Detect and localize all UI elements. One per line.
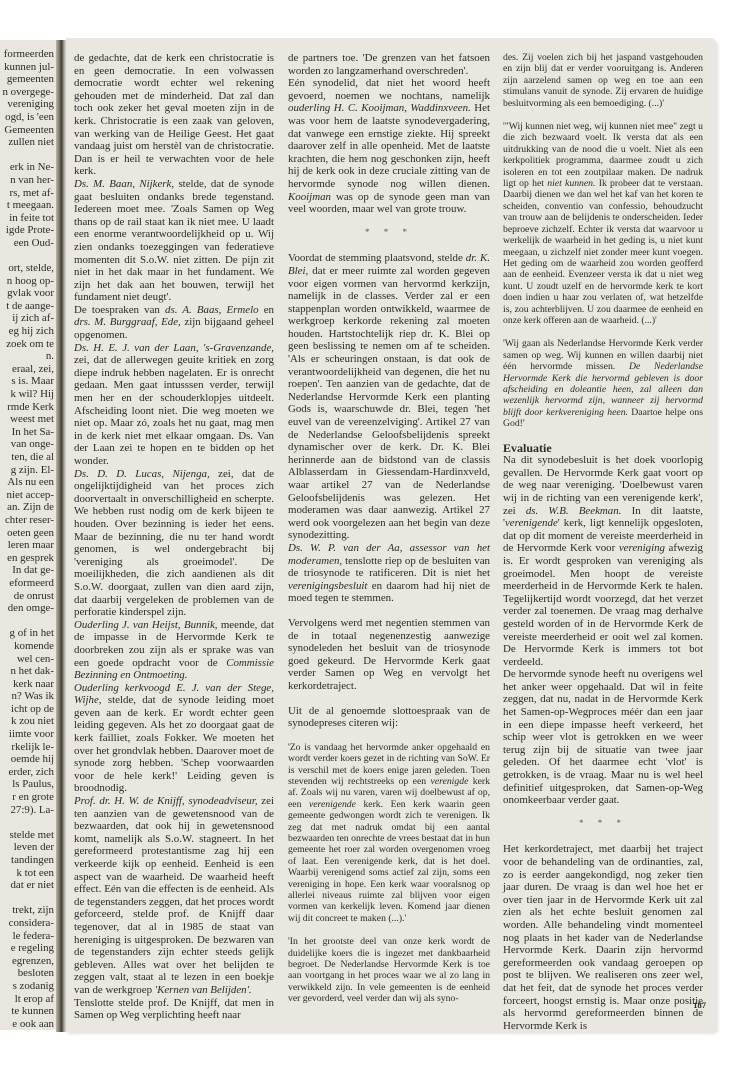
- text-fragment: t meegaan.: [0, 199, 54, 212]
- speaker-name: ouderling H. C. Kooijman, Waddinxveen.: [288, 102, 471, 114]
- paragraph-text: dat er meer ruimte zal worden gegeven vo…: [288, 265, 490, 541]
- text-fragment: trekt, zijn: [0, 904, 54, 917]
- section-divider: * * *: [503, 817, 703, 830]
- block-quote: '"Wij kunnen niet weg, wij kunnen niet m…: [503, 121, 703, 326]
- paragraph: De hervormde synode heeft nu overigens w…: [503, 668, 703, 807]
- speaker-name: Ds. D. D. Lucas, Nijenga,: [74, 468, 210, 480]
- text-fragment: 27:9). La-: [0, 804, 54, 817]
- text-fragment: n? Was ik: [0, 690, 54, 703]
- text-fragment: In dat ge-: [0, 564, 54, 577]
- text-fragment: in feite tot: [0, 212, 54, 225]
- paragraph-text: afwezig is. Er wordt gesproken van veren…: [503, 542, 703, 667]
- text-fragment: n het dak-: [0, 665, 54, 678]
- paragraph: Ouderling kerkvoogd E. J. van der Stege,…: [74, 682, 274, 795]
- paragraph-text: Eén synodelid, dat niet het woord heeft …: [288, 77, 490, 102]
- text-fragment: igde Prote-: [0, 224, 54, 237]
- text-fragment: gvlak voor: [0, 287, 54, 300]
- text-fragment: ogd, is 'een: [0, 111, 54, 124]
- text-fragment: eraal, zei,: [0, 363, 54, 376]
- text-fragment: stelde met: [0, 829, 54, 842]
- speaker-name: Ds. M. Baan, Nijkerk,: [74, 178, 174, 190]
- emphasis: verenigende: [505, 517, 558, 529]
- speaker-name: Ouderling J. van Heijst, Bunnik,: [74, 619, 218, 631]
- text-fragment: r en grote: [0, 791, 54, 804]
- paragraph: Vervolgens werd met negentien stemmen va…: [288, 617, 490, 693]
- emphasis: verenigende: [309, 799, 356, 810]
- emphasis: vereniging: [619, 542, 665, 554]
- text-fragment: kunnen jul-: [0, 61, 54, 74]
- text-fragment: leven der: [0, 841, 54, 854]
- text-fragment: oeten geen: [0, 527, 54, 540]
- paragraph: Eén synodelid, dat niet het woord heeft …: [288, 77, 490, 216]
- section-divider: * * *: [288, 226, 490, 239]
- block-quote: 'Zo is vandaag het hervormde anker opgeh…: [288, 742, 490, 925]
- paragraph-text: zei, dat de allerwegen geuite kritiek en…: [74, 354, 274, 467]
- text-fragment: erder, zich: [0, 766, 54, 779]
- paragraph: Uit de al genoemde slottoespraak van de …: [288, 705, 490, 730]
- text-fragment: t de aange-: [0, 300, 54, 313]
- text-fragment: ij zich af-: [0, 312, 54, 325]
- paragraph: de gedachte, dat de kerk een christocrat…: [74, 52, 274, 178]
- paragraph: Ds. M. Baan, Nijkerk, stelde, dat de syn…: [74, 178, 274, 304]
- text-fragment: [0, 149, 54, 162]
- block-quote: 'Wij gaan als Nederlandse Hervormde Kerk…: [503, 338, 703, 429]
- text-fragment: e regeling: [0, 942, 54, 955]
- right-page: de gedachte, dat de kerk een christocrat…: [66, 38, 716, 1032]
- text-fragment: [0, 816, 54, 829]
- text-fragment: rs, met af-: [0, 187, 54, 200]
- text-fragment: erk in Ne-: [0, 161, 54, 174]
- paragraph-text: stelde, dat de synode gaat besluiten ond…: [74, 178, 274, 303]
- text-fragment: besloten: [0, 967, 54, 980]
- text-fragment: Als nu een: [0, 476, 54, 489]
- emphasis: verenigde: [431, 776, 469, 787]
- text-fragment: n hoog op-: [0, 275, 54, 288]
- left-page-column-fragments: formeerdenkunnen jul-gemeentenn overgege…: [0, 48, 54, 1030]
- speaker-name: ds. A. Baas, Ermelo: [165, 304, 259, 316]
- paragraph-text: Voordat de stemming plaatsvond, stelde: [288, 252, 466, 264]
- text-fragment: e ook aan: [0, 1018, 54, 1030]
- text-fragment: k zou niet: [0, 715, 54, 728]
- text-fragment: formeerden: [0, 48, 54, 61]
- text-fragment: komende: [0, 640, 54, 653]
- paragraph-text: zei ten aanzien van de gewetensnood van …: [74, 795, 274, 996]
- paragraph: Ds. H. E. J. van der Laan, 's-Gravenzand…: [74, 342, 274, 468]
- text-fragment: den omge-: [0, 602, 54, 615]
- section-heading: Evaluatie: [503, 442, 703, 455]
- emphasis: niet kunnen.: [547, 178, 595, 189]
- paragraph: Na dit synodebesluit is het doek voorlop…: [503, 454, 703, 668]
- block-quote: 'In het grootste deel van onze kerk word…: [288, 936, 490, 1004]
- paragraph: Prof. dr. H. W. de Knijff, synodeadviseu…: [74, 795, 274, 997]
- text-fragment: egrenzen,: [0, 955, 54, 968]
- paragraph-text: De toespraken van: [74, 304, 165, 316]
- text-fragment: [0, 615, 54, 628]
- text-fragment: iimte voor: [0, 728, 54, 741]
- speaker-name: Ds. H. E. J. van der Laan, 's-Gravenzand…: [74, 342, 274, 354]
- quote-text: kerk. Een kerk waarin geen gemeente gedw…: [288, 799, 490, 924]
- speaker-name: Prof. dr. H. W. de Knijff, synodeadviseu…: [74, 795, 258, 807]
- text-fragment: vereniging: [0, 98, 54, 111]
- text-fragment: eformeerd: [0, 577, 54, 590]
- text-fragment: considera-: [0, 917, 54, 930]
- text-fragment: ls Paulus,: [0, 778, 54, 791]
- text-fragment: zoek om te: [0, 338, 54, 351]
- paragraph: Tenslotte stelde prof. De Knijff, dat me…: [74, 997, 274, 1022]
- text-fragment: g of in het: [0, 627, 54, 640]
- text-fragment: le federa-: [0, 930, 54, 943]
- text-fragment: n.: [0, 350, 54, 363]
- paragraph: Ds. W. P. van der Aa, assessor van het m…: [288, 542, 490, 605]
- text-fragment: eg hij zich: [0, 325, 54, 338]
- text-fragment: zullen niet: [0, 136, 54, 149]
- booklet-title: 'Kernen van Belijden'.: [155, 984, 252, 996]
- text-fragment: lt erop af: [0, 993, 54, 1006]
- text-fragment: tandingen: [0, 854, 54, 867]
- text-fragment: ort, stelde,: [0, 262, 54, 275]
- speaker-name: drs. M. Burggraaf, Ede,: [74, 316, 181, 328]
- quote-text: Ik probeer dat te verstaan. Daarbij dien…: [503, 178, 703, 326]
- paragraph-text: Het was voor hem de laatste synodevergad…: [288, 102, 490, 190]
- text-fragment: een Oud-: [0, 237, 54, 250]
- text-fragment: [0, 250, 54, 263]
- text-fragment: leren maar: [0, 539, 54, 552]
- text-fragment: weest met: [0, 413, 54, 426]
- text-fragment: n van her-: [0, 174, 54, 187]
- paragraph-text: zei, dat de ongelijktijdigheid van het p…: [74, 468, 274, 619]
- text-fragment: dat er niet: [0, 879, 54, 892]
- text-fragment: icht op de: [0, 703, 54, 716]
- column-3: des. Zij voelen zich bij het jaspand vas…: [503, 52, 703, 1032]
- text-fragment: [0, 892, 54, 905]
- text-fragment: s is. Maar: [0, 375, 54, 388]
- text-fragment: kerk naar: [0, 678, 54, 691]
- text-fragment: an. Zijn de: [0, 501, 54, 514]
- text-fragment: In het Sa-: [0, 426, 54, 439]
- speaker-name: Kooijman: [288, 191, 331, 203]
- text-fragment: k wil? Hij: [0, 388, 54, 401]
- text-fragment: rmde Kerk: [0, 401, 54, 414]
- block-quote: des. Zij voelen zich bij het jaspand vas…: [503, 52, 703, 109]
- text-fragment: g zijn. El-: [0, 464, 54, 477]
- text-fragment: n overgege-: [0, 86, 54, 99]
- text-fragment: Gemeenten: [0, 124, 54, 137]
- text-fragment: chter reser-: [0, 514, 54, 527]
- text-fragment: k tot een: [0, 867, 54, 880]
- text-fragment: gemeenten: [0, 73, 54, 86]
- paragraph: Ds. D. D. Lucas, Nijenga, zei, dat de on…: [74, 468, 274, 619]
- speaker-name: ds. W.B. Beekman.: [526, 505, 622, 517]
- text-fragment: van onge-: [0, 438, 54, 451]
- left-page-fragment: formeerdenkunnen jul-gemeentenn overgege…: [0, 40, 58, 1030]
- page-number: 187: [693, 1000, 706, 1010]
- text-fragment: de onrust: [0, 590, 54, 603]
- paragraph: Voordat de stemming plaatsvond, stelde d…: [288, 252, 490, 542]
- paragraph: Het kerkordetraject, met daarbij het tra…: [503, 843, 703, 1032]
- text-fragment: rkelijk le-: [0, 741, 54, 754]
- emphasis: verenigingsbesluit: [288, 580, 367, 592]
- column-2: de partners toe. 'De grenzen van het fat…: [288, 52, 490, 1005]
- column-1: de gedachte, dat de kerk een christocrat…: [74, 52, 274, 1022]
- paragraph-text: stelde, dat de synode leiding moet geven…: [74, 694, 274, 794]
- text-fragment: niet accep-: [0, 489, 54, 502]
- paragraph: De toespraken van ds. A. Baas, Ermelo en…: [74, 304, 274, 342]
- text-fragment: te kunnen: [0, 1005, 54, 1018]
- text-fragment: en gesprek: [0, 552, 54, 565]
- paragraph-text: en: [259, 304, 274, 316]
- text-fragment: oemde hij: [0, 753, 54, 766]
- book-gutter: [56, 40, 66, 1032]
- text-fragment: ten, die al: [0, 451, 54, 464]
- text-fragment: s zodanig: [0, 980, 54, 993]
- text-fragment: wel cen-: [0, 653, 54, 666]
- paragraph: de partners toe. 'De grenzen van het fat…: [288, 52, 490, 77]
- paragraph: Ouderling J. van Heijst, Bunnik, meende,…: [74, 619, 274, 682]
